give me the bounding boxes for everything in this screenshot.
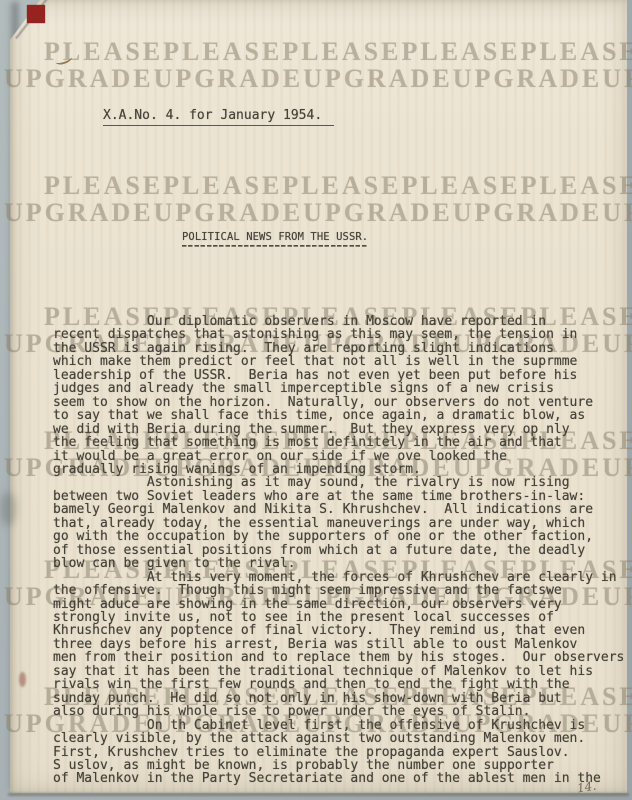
watermark-please: PLEASE [163, 38, 282, 65]
watermark-please: PLEASE [163, 172, 282, 199]
watermark-upgrade: UPGRADE [154, 199, 304, 226]
watermark-please: PLEASE [282, 172, 401, 199]
handwritten-page-number: 14. [576, 779, 597, 796]
watermark-upgrade: UPGRADE [154, 65, 304, 92]
watermark-upgrade-row: UPGRADEUPGRADEUPGRADEUPGRADEUPGRADE [4, 199, 630, 226]
watermark-upgrade: UPGRADE [453, 199, 603, 226]
watermark-please: PLEASE [282, 38, 401, 65]
body-text: Our diplomatic observers in Moscow have … [53, 315, 632, 786]
scanned-document-page: PLEASEPLEASEPLEASEPLEASEPLEASEUPGRADEUPG… [0, 0, 632, 800]
watermark-please: PLEASE [521, 172, 632, 199]
paper-bottom-edge [8, 793, 629, 796]
watermark-upgrade: UPGRADE [602, 65, 632, 92]
watermark-upgrade: UPGRADE [602, 199, 632, 226]
watermark-please: PLEASE [401, 38, 520, 65]
watermark-upgrade: UPGRADE [453, 65, 603, 92]
watermark-please: PLEASE [401, 172, 520, 199]
watermark-upgrade: UPGRADE [303, 199, 453, 226]
watermark-upgrade: UPGRADE [4, 199, 154, 226]
red-square-marker [27, 5, 45, 23]
document-title: POLITICAL NEWS FROM THE USSR. [182, 231, 368, 247]
watermark-band: PLEASEPLEASEPLEASEPLEASEPLEASEUPGRADEUPG… [0, 38, 632, 92]
watermark-please-row: PLEASEPLEASEPLEASEPLEASEPLEASE [44, 38, 600, 65]
watermark-please: PLEASE [44, 172, 163, 199]
watermark-upgrade: UPGRADE [4, 65, 154, 92]
watermark-upgrade-row: UPGRADEUPGRADEUPGRADEUPGRADEUPGRADE [4, 65, 630, 92]
watermark-please: PLEASE [521, 38, 632, 65]
grey-stain [0, 492, 16, 526]
watermark-please-row: PLEASEPLEASEPLEASEPLEASEPLEASE [44, 172, 600, 199]
reference-line: X.A.No. 4. for January 1954. [103, 108, 334, 126]
red-stain [19, 672, 26, 687]
watermark-upgrade: UPGRADE [303, 65, 453, 92]
watermark-band: PLEASEPLEASEPLEASEPLEASEPLEASEUPGRADEUPG… [0, 172, 632, 226]
